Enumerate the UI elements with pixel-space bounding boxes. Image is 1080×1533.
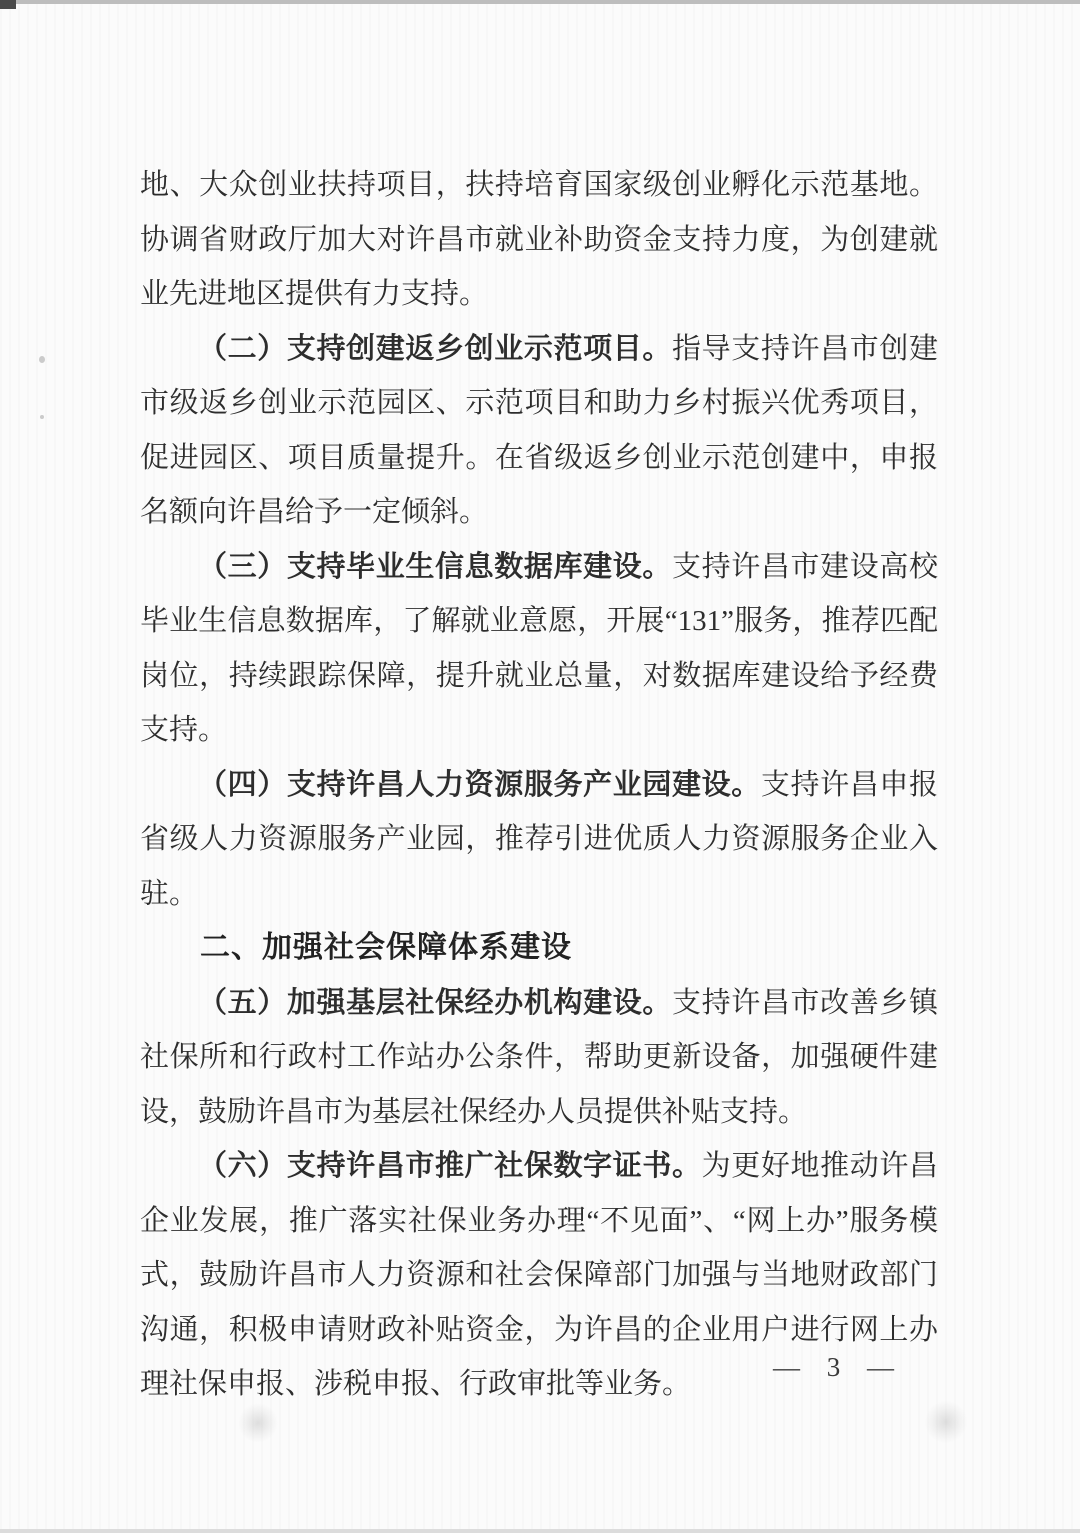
scan-speck (40, 415, 44, 419)
scan-speck (39, 356, 45, 363)
scan-corner-artifact (0, 0, 16, 9)
paragraph-continuation: 地、大众创业扶持项目，扶持培育国家级创业孵化示范基地。协调省财政厅加大对许昌市就… (140, 158, 938, 322)
paragraph-lead: （五）加强基层社保经办机构建设。 (198, 987, 672, 1019)
document-body: 地、大众创业扶持项目，扶持培育国家级创业孵化示范基地。协调省财政厅加大对许昌市就… (140, 158, 938, 1412)
paragraph-item-5: （五）加强基层社保经办机构建设。支持许昌市改善乡镇社保所和行政村工作站办公条件，… (140, 976, 938, 1140)
paragraph-lead: （四）支持许昌人力资源服务产业园建设。 (198, 769, 761, 801)
paragraph-lead: （六）支持许昌市推广社保数字证书。 (198, 1150, 702, 1182)
paragraph-lead: （三）支持毕业生信息数据库建设。 (198, 551, 672, 583)
scan-bottom-edge (0, 1529, 1080, 1533)
paragraph-item-3: （三）支持毕业生信息数据库建设。支持许昌市建设高校毕业生信息数据库，了解就业意愿… (140, 540, 938, 758)
paragraph-item-4: （四）支持许昌人力资源服务产业园建设。支持许昌申报省级人力资源服务产业园，推荐引… (140, 758, 938, 922)
paragraph-text: 地、大众创业扶持项目，扶持培育国家级创业孵化示范基地。协调省财政厅加大对许昌市就… (140, 169, 938, 310)
paragraph-item-2: （二）支持创建返乡创业示范项目。指导支持许昌市创建市级返乡创业示范园区、示范项目… (140, 322, 938, 540)
page-number: — 3 — (773, 1352, 904, 1383)
scan-top-edge (0, 0, 1080, 4)
scanned-document-page: { "colors": { "text": "#2d2d2d", "backgr… (0, 0, 1080, 1533)
section-heading: 二、加强社会保障体系建设 (140, 921, 938, 976)
paragraph-lead: （二）支持创建返乡创业示范项目。 (198, 333, 672, 365)
